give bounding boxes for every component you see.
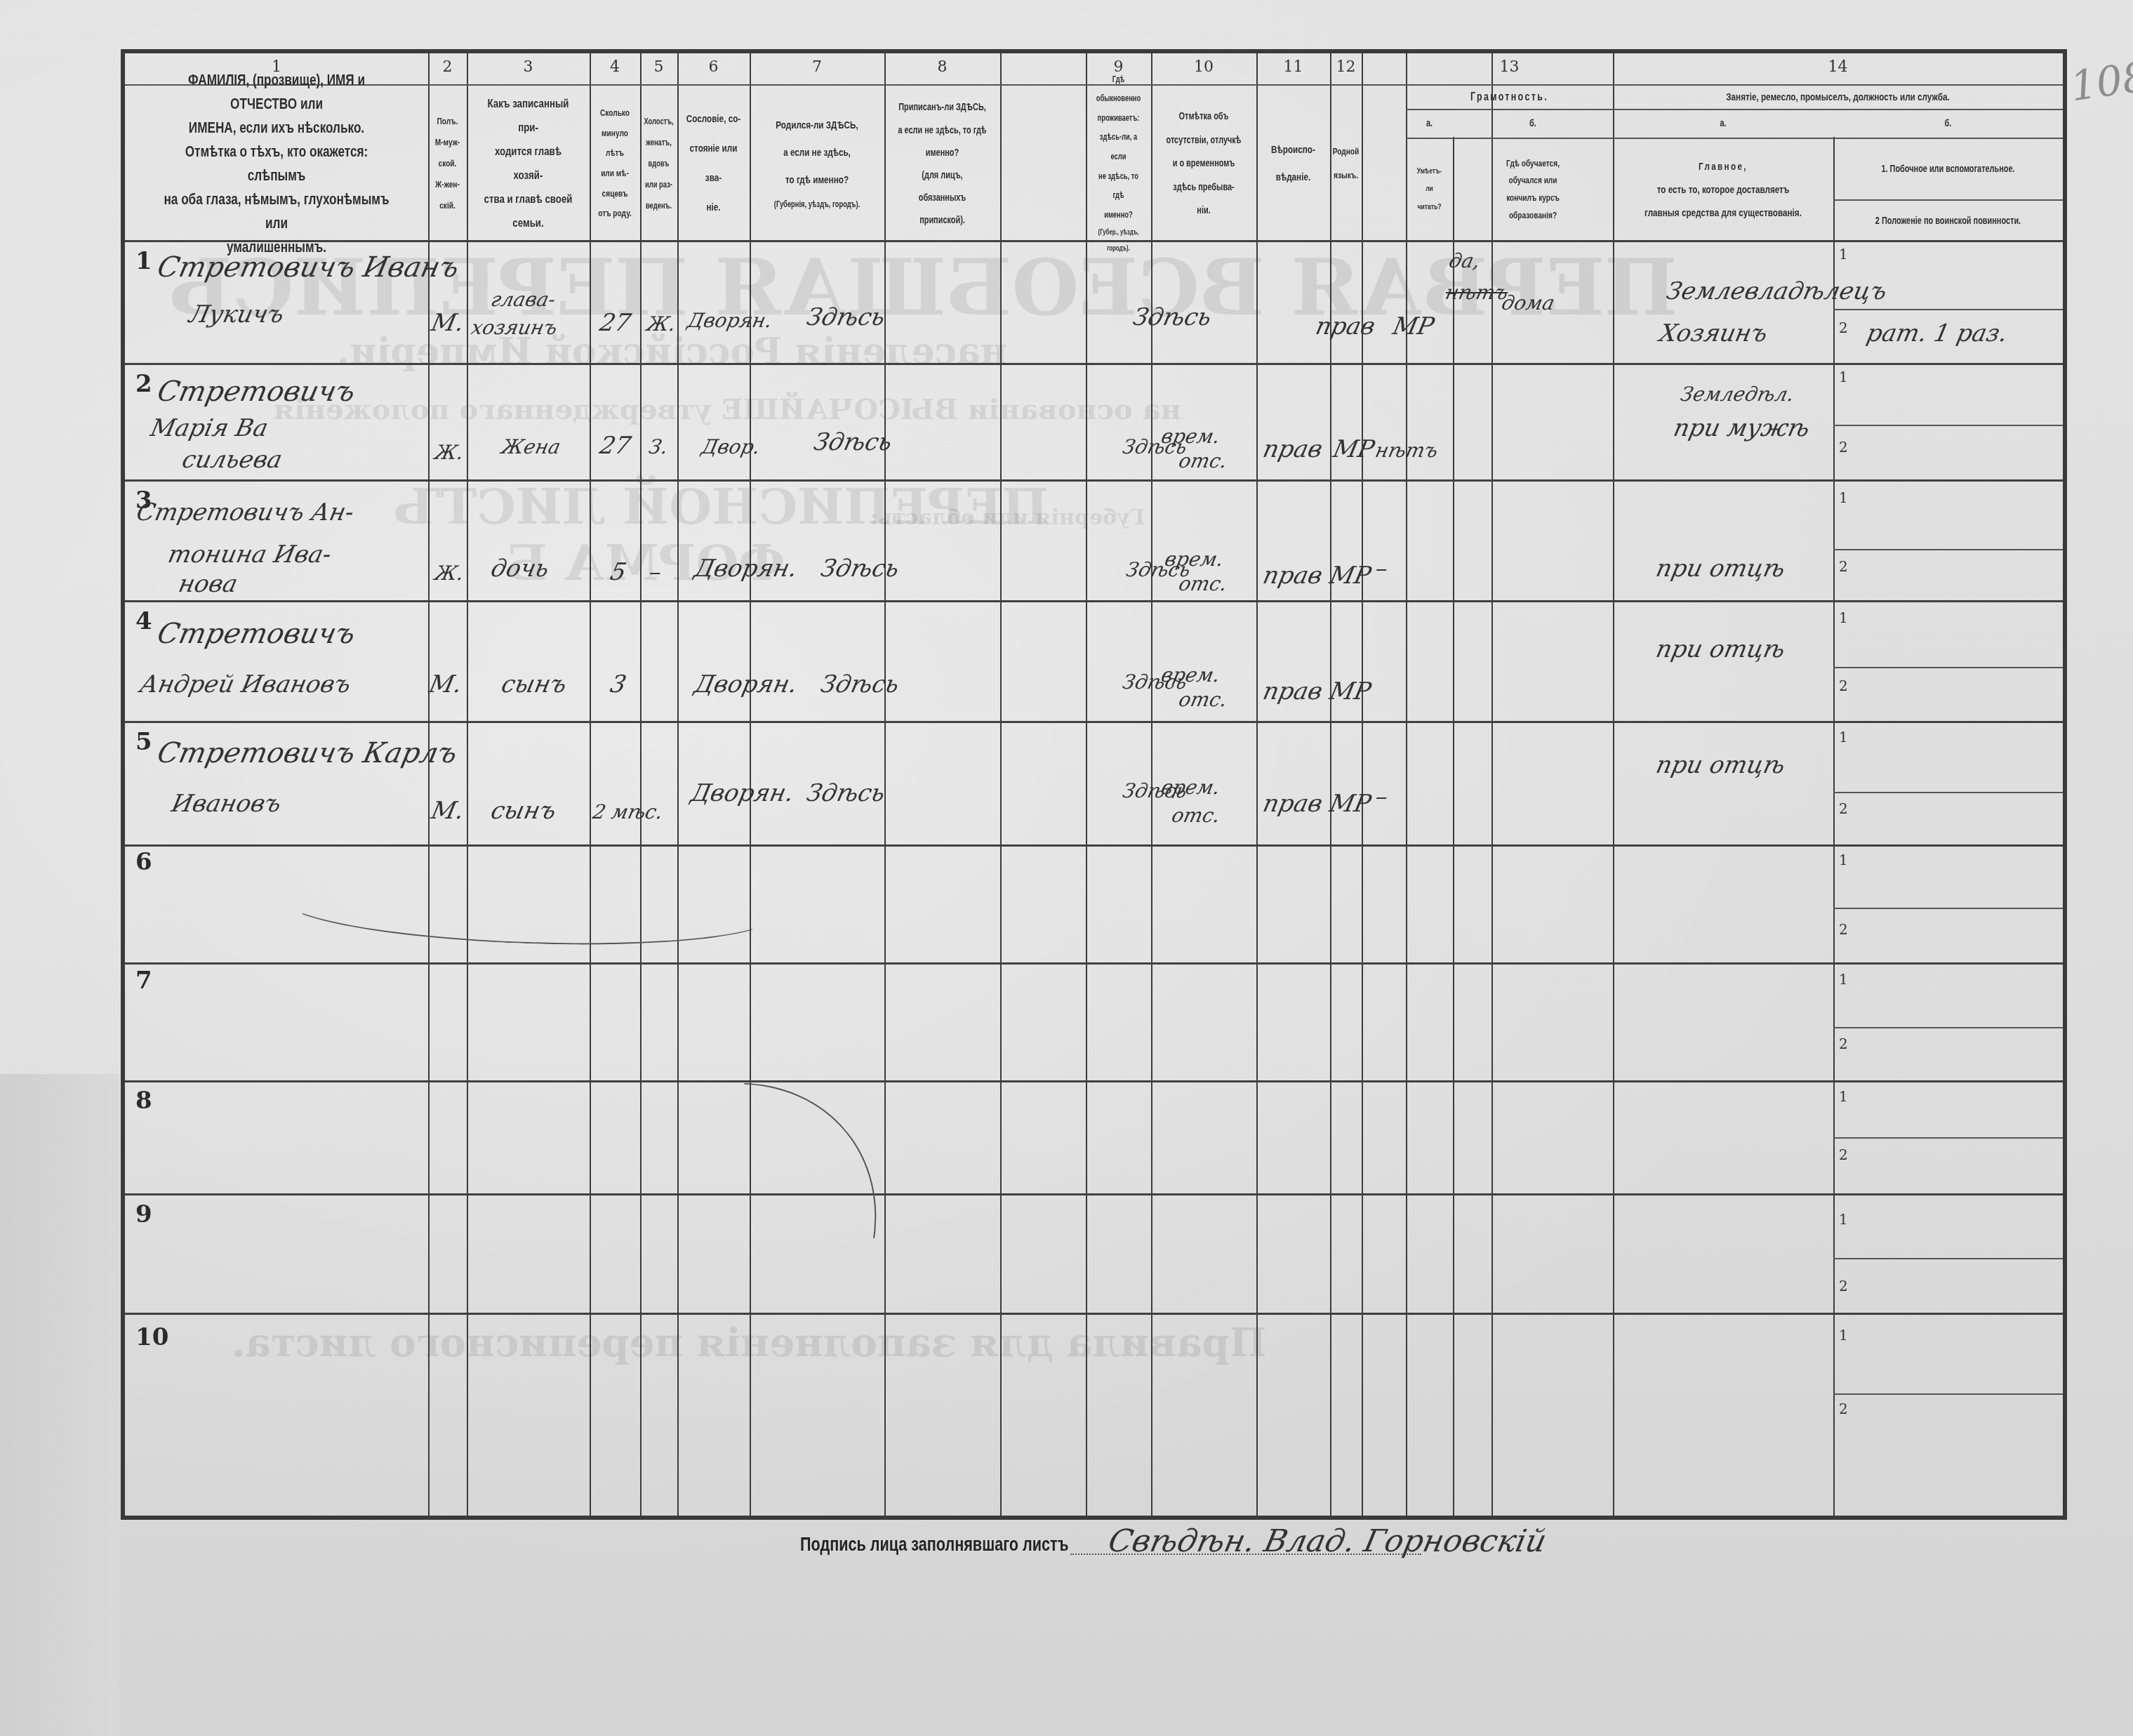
person-religion: прав <box>1261 677 1325 705</box>
person-language: МР <box>1327 790 1374 818</box>
person-estate: Дворян. <box>692 670 800 698</box>
person-occupation: Земледѣл. <box>1678 383 1796 406</box>
person-relation: сынъ <box>489 797 559 825</box>
person-age: 27 <box>597 432 634 460</box>
person-literate-struck: нѣтъ <box>1443 281 1510 304</box>
header-literacy-a-letter: а. <box>1411 110 1447 137</box>
person-name: Стретовичъ Ан- <box>134 498 357 526</box>
row-rule <box>125 844 2063 847</box>
person-name: Стретовичъ Карлъ <box>154 737 460 769</box>
row-number: 10 <box>135 1323 168 1351</box>
person-occupation: Хозяинъ <box>1657 319 1770 347</box>
row-rule <box>125 1080 2063 1082</box>
header-estate: Сословіе, со-стояніе или зва-ніе. <box>685 87 741 240</box>
col-divider <box>1613 49 1614 1520</box>
subrow-rule <box>1833 908 2063 909</box>
torn-paper-edge <box>0 1074 119 1736</box>
col-divider <box>467 49 468 1520</box>
header-religion: Вѣроиспо-вѣданіе. <box>1265 87 1322 240</box>
person-relation: хозяинъ <box>469 316 559 339</box>
col-divider <box>1362 49 1363 1520</box>
row-number: 9 <box>135 1200 152 1228</box>
person-sex: Ж. <box>432 562 465 585</box>
person-literate: да, <box>1447 249 1482 272</box>
person-relation: дочь <box>489 555 552 583</box>
person-age: 2 мѣс. <box>590 800 665 823</box>
person-sex: М. <box>427 670 465 698</box>
person-religion: прав <box>1313 312 1378 340</box>
person-language: МР <box>1331 435 1377 463</box>
sub-label-1: 1 <box>1839 609 1848 626</box>
subrow-rule <box>1833 1137 2063 1139</box>
column-number: 6 <box>677 52 750 83</box>
col-divider <box>1000 49 1002 1520</box>
person-birthplace: Здѣсь <box>804 779 888 807</box>
header-can-read: Умѣетъ-личитать? <box>1411 139 1447 240</box>
person-absence: отс. <box>1176 688 1229 711</box>
subrow-rule <box>1833 792 2063 793</box>
person-absence: отс. <box>1176 572 1229 595</box>
subrow-rule <box>1833 425 2063 426</box>
header-marital: Холостъ,женатъ,вдовъили раз-веденъ. <box>644 87 673 240</box>
sub-label-1: 1 <box>1839 246 1848 263</box>
column-number: 12 <box>1330 52 1362 83</box>
row-rule <box>125 962 2063 965</box>
column-number: 3 <box>467 52 590 83</box>
header-military-status: 2 Положеніе по воинской повинности. <box>1859 201 2038 240</box>
person-birthplace: Здѣсь <box>818 670 902 698</box>
person-name: Стретовичъ <box>154 376 358 408</box>
person-absence: врем. <box>1162 548 1225 571</box>
person-religion: прав <box>1261 790 1325 818</box>
header-name: ФАМИЛІЯ, (прозвище), ИМЯ и ОТЧЕСТВО или … <box>159 87 395 240</box>
header-occupation-b-letter: б. <box>1859 110 2038 137</box>
person-relation: Жена <box>499 435 562 458</box>
header-absence: Отмѣтка объотсутствіи, отлучкѣи о времен… <box>1163 87 1245 240</box>
header-sex: Полъ.М-муж-ской.Ж-жен-скій. <box>432 87 463 240</box>
person-estate: Дворян. <box>692 555 800 583</box>
sub-label-1: 1 <box>1839 1327 1848 1344</box>
col-divider <box>1086 49 1087 1520</box>
column-number: 2 <box>428 52 467 83</box>
header-relation: Какъ записанный при-ходится главѣ хозяй-… <box>480 87 576 240</box>
subrow-rule <box>1833 549 2063 550</box>
column-number: 8 <box>884 52 1000 83</box>
header-occupation-title: Занятіе, ремесло, промыселъ, должность и… <box>1663 87 2014 108</box>
person-occupation: при мужѣ <box>1671 414 1812 442</box>
person-absence: отс. <box>1176 449 1229 472</box>
sub-label-1: 1 <box>1839 1211 1848 1228</box>
person-sex: Ж. <box>432 441 465 464</box>
person-residence: Здѣсь <box>1131 303 1214 331</box>
person-estate: Дворян. <box>685 309 774 332</box>
row-rule <box>125 721 2063 723</box>
person-language: МР <box>1390 312 1437 340</box>
subrow-rule <box>1833 667 2063 668</box>
row-rule <box>125 1313 2063 1315</box>
person-military-status: рат. 1 раз. <box>1864 319 2010 347</box>
header-birthplace: Родился-ли ЗДѢСЬ,а если не здѣсь,то гдѣ … <box>764 87 870 240</box>
person-religion: прав <box>1261 562 1325 590</box>
subrow-rule <box>1833 1393 2063 1395</box>
col-divider <box>1256 49 1258 1520</box>
person-first-name: Андрей Ивановъ <box>138 670 354 698</box>
person-occupation: при отцѣ <box>1654 635 1788 663</box>
sub-label-2: 2 <box>1839 1278 1848 1294</box>
person-relation: глава- <box>489 288 557 311</box>
person-education: дома <box>1499 291 1557 314</box>
person-estate: Двор. <box>699 435 762 458</box>
row-number: 2 <box>135 370 152 398</box>
person-patronymic: сильева <box>180 446 285 474</box>
person-religion: прав <box>1261 435 1325 463</box>
person-sex: М. <box>429 797 467 825</box>
person-patronymic: Лукичъ <box>187 300 287 329</box>
column-number: 14 <box>1613 52 2063 83</box>
header-literacy-title: Грамотность. <box>1428 87 1590 108</box>
header-subrule-14b <box>1833 199 2063 201</box>
header-literacy-b-letter: б. <box>1470 110 1595 137</box>
person-birthplace: Здѣсь <box>811 428 895 456</box>
person-absence: врем. <box>1159 425 1222 448</box>
column-number: 10 <box>1151 52 1256 83</box>
row-number: 5 <box>135 728 152 756</box>
person-marital: Ж. <box>644 312 677 336</box>
person-birthplace: Здѣсь <box>804 303 888 331</box>
person-literate: нѣтъ <box>1373 439 1440 462</box>
header-residence: Гдѣ обыкновеннопроживаетъ:здѣсь-ли, а ес… <box>1093 87 1144 240</box>
person-patronymic: нова <box>176 570 240 598</box>
person-sex: М. <box>429 309 467 337</box>
sub-label-2: 2 <box>1839 319 1848 336</box>
person-language: МР <box>1327 677 1374 705</box>
row-rule <box>125 1193 2063 1195</box>
sub-label-2: 2 <box>1839 1035 1848 1052</box>
sub-label-1: 1 <box>1839 1088 1848 1105</box>
sub-label-2: 2 <box>1839 558 1848 575</box>
row-number: 4 <box>135 607 152 635</box>
sub-label-2: 2 <box>1839 677 1848 694</box>
person-absence: врем. <box>1159 663 1222 687</box>
person-first-name: Ивановъ <box>169 790 284 818</box>
header-main-occupation: Главное,то есть то, которое доставляетъг… <box>1637 139 1809 240</box>
sub-label-2: 2 <box>1839 1146 1848 1163</box>
column-number: 4 <box>590 52 640 83</box>
person-occupation: при отцѣ <box>1654 751 1788 779</box>
row-rule <box>125 363 2063 365</box>
page-number: 108 <box>2068 53 2133 111</box>
col-divider <box>1330 49 1331 1520</box>
row-number: 1 <box>135 247 152 275</box>
column-number: 7 <box>750 52 884 83</box>
person-relation: сынъ <box>499 670 569 698</box>
person-birthplace: Здѣсь <box>818 555 902 583</box>
sub-label-2: 2 <box>1839 1400 1848 1417</box>
person-name: Стретовичъ Иванъ <box>154 251 462 284</box>
person-occupation: Землевладѣлецъ <box>1664 277 1889 305</box>
header-registration: Приписанъ-ли ЗДѢСЬ,а если не здѣсь, то г… <box>897 87 988 240</box>
person-language: МР <box>1327 562 1374 590</box>
sub-label-1: 1 <box>1839 369 1848 385</box>
person-absence: отс. <box>1169 804 1222 827</box>
sub-label-2: 2 <box>1839 800 1848 817</box>
person-first-name: тонина Ива- <box>166 541 334 569</box>
column-number: 13 <box>1406 52 1613 83</box>
header-side-occupation: 1. Побочное или вспомогательное. <box>1859 139 2038 199</box>
sub-label-1: 1 <box>1839 489 1848 506</box>
sub-label-1: 1 <box>1839 729 1848 746</box>
signature-label: Подпись лица заполнявшаго листъ <box>800 1534 1068 1556</box>
sub-label-1: 1 <box>1839 971 1848 988</box>
sub-label-1: 1 <box>1839 852 1848 868</box>
person-occupation: при отцѣ <box>1654 555 1788 583</box>
col-divider <box>1491 49 1493 1520</box>
column-number: 5 <box>640 52 677 83</box>
sub-label-2: 2 <box>1839 921 1848 938</box>
header-occupation-a-letter: а. <box>1637 110 1809 137</box>
row-number: 8 <box>135 1087 152 1115</box>
col-divider <box>1406 49 1407 1520</box>
row-number: 7 <box>135 967 152 995</box>
person-first-name: Марія Ва <box>148 414 271 442</box>
person-age: 27 <box>597 309 634 337</box>
subrow-rule <box>1833 309 2063 310</box>
column-number: 11 <box>1256 52 1330 83</box>
header-language: Роднойязыкъ. <box>1334 87 1358 240</box>
row-rule <box>125 479 2063 482</box>
person-name: Стретовичъ <box>154 618 358 650</box>
subrow-rule <box>1833 1027 2063 1028</box>
row-rule <box>125 600 2063 602</box>
row-number: 6 <box>135 848 152 876</box>
header-education: Гдѣ обучается,обучался иликончилъ курсъо… <box>1470 139 1595 240</box>
header-age: Сколькоминулолѣтъили мѣ-сяцевъотъ роду. <box>595 87 634 240</box>
signature-value: Свѣдѣн. Влад. Горновскій <box>1105 1523 1550 1559</box>
person-estate: Дворян. <box>689 779 797 807</box>
person-absence: врем. <box>1159 776 1222 799</box>
sub-label-2: 2 <box>1839 439 1848 456</box>
subrow-rule <box>1833 1258 2063 1259</box>
